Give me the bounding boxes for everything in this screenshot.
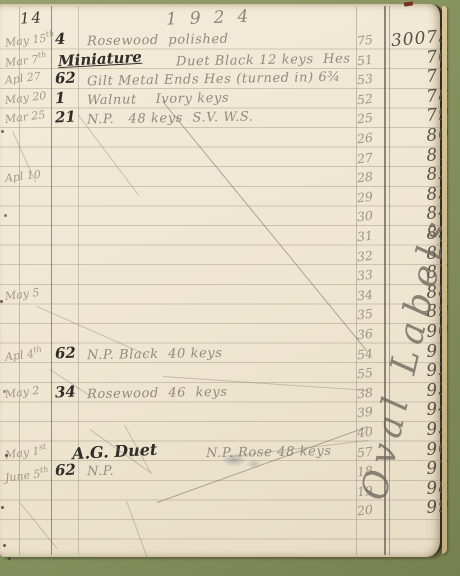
row-date: Apl 27	[4, 69, 53, 86]
row-description: N.P. Black 40 keys	[87, 346, 223, 361]
row-quantity: 1	[55, 91, 66, 107]
row-quantity: 34	[55, 384, 77, 400]
row-date: May 15th	[4, 30, 53, 48]
row-date: May 5	[4, 285, 53, 302]
row-date: Mar 25	[4, 109, 53, 126]
row-date: Mar 7th	[4, 50, 53, 68]
ledger-row: May 15th4Rosewood polished7530075	[0, 32, 440, 52]
ink-smudge	[220, 448, 266, 474]
ledger-row: Mar 2521N.P. 48 keys S.V. W.S.2579	[0, 110, 440, 130]
row-description: Rosewood 46 keys	[87, 386, 228, 401]
ledger-row: 3084	[0, 208, 440, 228]
row-date: May 20	[4, 89, 53, 106]
ledger-row: Apl 4th62N.P. Black 40 keys5491	[0, 346, 440, 366]
ledger-row: 3286	[0, 248, 440, 268]
row-quantity: 21	[55, 110, 77, 126]
ledger-row: May 234Rosewood 46 keys3893	[0, 385, 440, 405]
ledger-row: 2680	[0, 130, 440, 150]
row-description: Duet Black 12 keys Hes	[176, 52, 351, 68]
row-date: May 2	[4, 383, 53, 400]
ledger-row: Apl 2762Gilt Metal Ends Hes (turned in) …	[0, 71, 440, 91]
ledger-scan: { "page": { "page_number": "14", "year":…	[0, 0, 460, 576]
row-quantity: 62	[55, 71, 77, 87]
row-description: Walnut Ivory keys	[87, 92, 229, 107]
ledger-row: 3387	[0, 267, 440, 287]
paper-specks	[0, 4, 3, 7]
row-quantity: 62	[55, 345, 77, 361]
row-description: Rosewood polished	[87, 33, 229, 48]
row-description: Gilt Metal Ends Hes (turned in) 6¾	[87, 71, 341, 88]
row-quantity: 4	[55, 32, 66, 48]
row-date: June 5th	[4, 465, 53, 483]
ledger-page: 14 1924 May 15th4Rosewood polished753007…	[0, 4, 443, 557]
row-description: N.P. 48 keys S.V. W.S.	[87, 111, 254, 127]
ledger-row: 2983	[0, 189, 440, 209]
ledger-row: 3185	[0, 228, 440, 248]
row-date: May 1st	[4, 442, 53, 460]
ledger-row: 2781	[0, 150, 440, 170]
ledger-row: 3589	[0, 306, 440, 326]
row-ink-entry: Miniature	[58, 49, 143, 68]
row-quantity: 62	[55, 463, 77, 479]
ledger-row: May 53488	[0, 287, 440, 307]
row-date: Apl 4th	[4, 344, 53, 362]
book-page-edge	[442, 6, 447, 554]
row-description: N.P.	[87, 465, 115, 478]
row-ink-entry: A.G. Duet	[72, 441, 158, 461]
